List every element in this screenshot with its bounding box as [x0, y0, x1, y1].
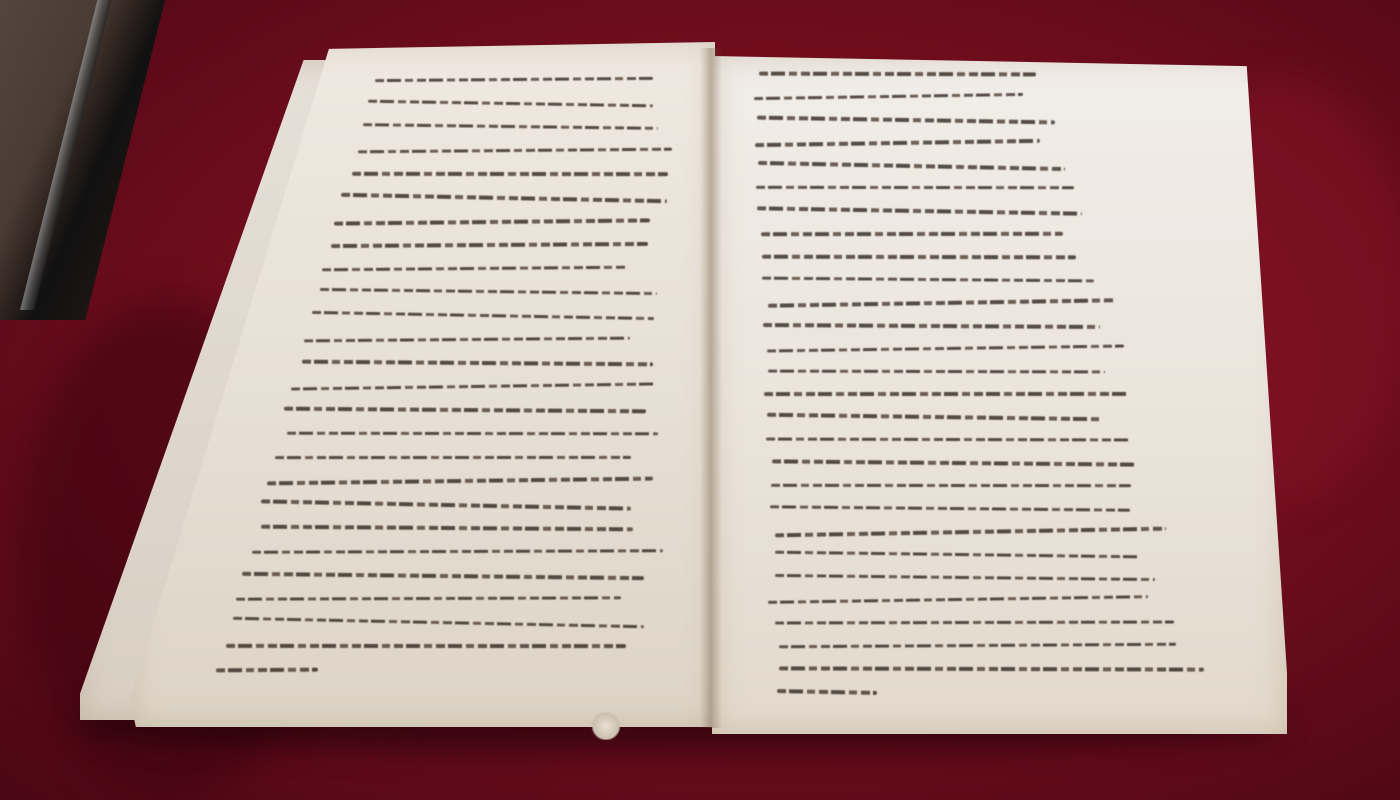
- handwritten-line: [226, 644, 626, 648]
- handwritten-line: [764, 392, 1127, 396]
- handwritten-line: [275, 455, 631, 458]
- binding-thread: [590, 712, 622, 740]
- handwritten-line: [771, 484, 1131, 487]
- book-gutter: [700, 48, 722, 728]
- handwritten-line: [768, 369, 1105, 373]
- handwritten-line: [762, 255, 1076, 260]
- handwritten-line: [287, 432, 658, 436]
- handwritten-line: [761, 232, 1063, 236]
- handwritten-line: [759, 72, 1036, 77]
- handwritten-line: [216, 668, 318, 673]
